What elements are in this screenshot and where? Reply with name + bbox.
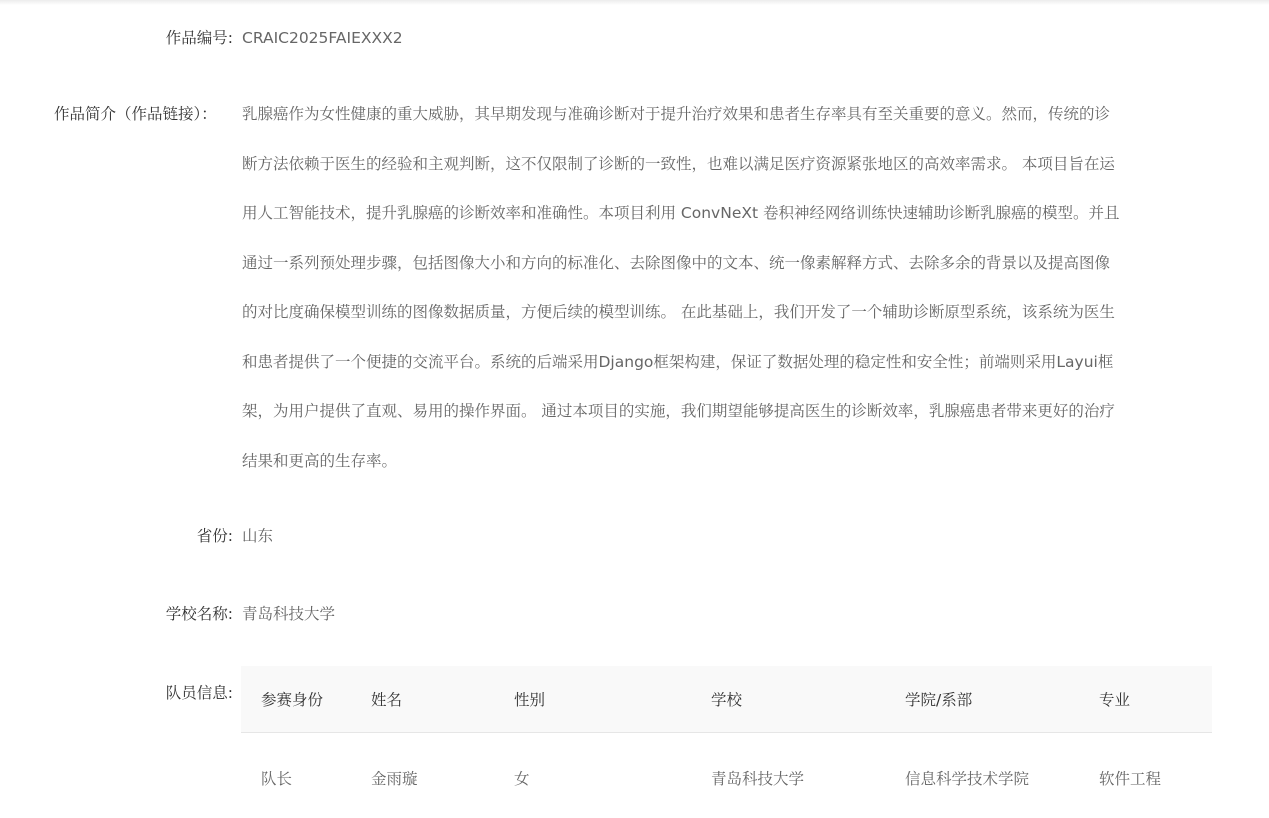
team-label: 队员信息: [166, 682, 233, 704]
cell-college: 信息科学技术学院 [885, 733, 1079, 818]
column-header-role: 参赛身份 [241, 666, 351, 733]
description-text: 乳腺癌作为女性健康的重大威胁，其早期发现与准确诊断对于提升治疗效果和患者生存率具… [242, 90, 1217, 486]
column-header-college: 学院/系部 [885, 666, 1079, 733]
cell-school: 青岛科技大学 [691, 733, 885, 818]
province-value: 山东 [242, 525, 273, 547]
description-label: 作品简介（作品链接）： [54, 90, 217, 140]
team-members-table: 参赛身份 姓名 性别 学校 学院/系部 专业 队长 金雨璇 女 青岛科技大学 信… [241, 666, 1212, 818]
description-line: 的对比度确保模型训练的图像数据质量，方便后续的模型训练。 在此基础上，我们开发了… [242, 288, 1217, 338]
description-line: 和患者提供了一个便捷的交流平台。系统的后端采用Django框架构建，保证了数据处… [242, 338, 1217, 388]
school-label: 学校名称: [166, 603, 233, 625]
work-id-label: 作品编号: [166, 27, 233, 49]
table-header-row: 参赛身份 姓名 性别 学校 学院/系部 专业 [241, 666, 1212, 733]
cell-gender: 女 [494, 733, 691, 818]
description-line: 断方法依赖于医生的经验和主观判断，这不仅限制了诊断的一致性，也难以满足医疗资源紧… [242, 140, 1217, 190]
description-line: 架，为用户提供了直观、易用的操作界面。 通过本项目的实施，我们期望能够提高医生的… [242, 387, 1217, 437]
column-header-school: 学校 [691, 666, 885, 733]
description-line: 用人工智能技术，提升乳腺癌的诊断效率和准确性。本项目利用 ConvNeXt 卷积… [242, 189, 1217, 239]
cell-role: 队长 [241, 733, 351, 818]
column-header-name: 姓名 [351, 666, 494, 733]
table-row: 队长 金雨璇 女 青岛科技大学 信息科学技术学院 软件工程 [241, 733, 1212, 818]
work-id-value: CRAIC2025FAIEXXX2 [242, 27, 403, 49]
province-label: 省份: [197, 525, 233, 547]
cell-name: 金雨璇 [351, 733, 494, 818]
school-value: 青岛科技大学 [242, 603, 335, 625]
description-line: 通过一系列预处理步骤，包括图像大小和方向的标准化、去除图像中的文本、统一像素解释… [242, 239, 1217, 289]
column-header-gender: 性别 [494, 666, 691, 733]
description-line: 结果和更高的生存率。 [242, 437, 1217, 487]
description-line: 乳腺癌作为女性健康的重大威胁，其早期发现与准确诊断对于提升治疗效果和患者生存率具… [242, 90, 1217, 140]
column-header-major: 专业 [1079, 666, 1212, 733]
top-shadow-divider [0, 0, 1269, 5]
cell-major: 软件工程 [1079, 733, 1212, 818]
